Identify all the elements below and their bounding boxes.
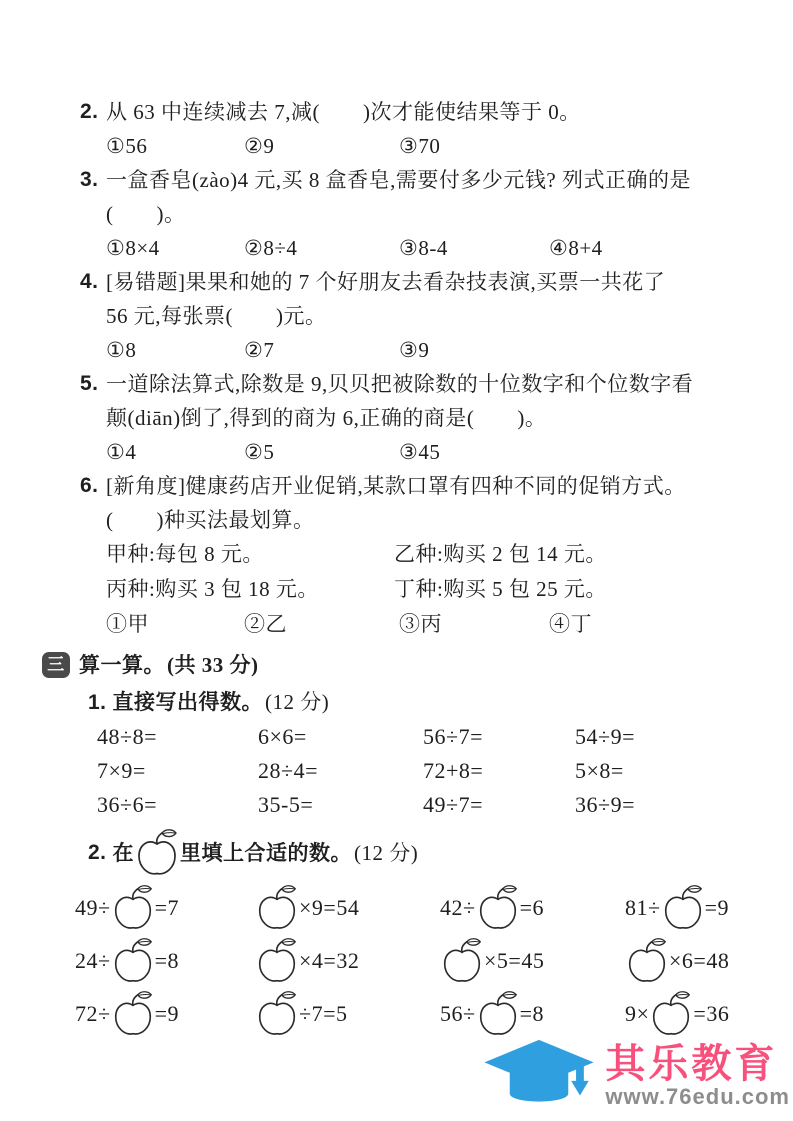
section-three-score: (共 33 分) [167,648,259,682]
option: ②乙 [244,607,399,641]
equation-pre: 72÷ [75,1001,111,1027]
question-2-options: ①56 ②9 ③70 [106,129,745,163]
fill-equation: ÷7=5 [255,987,440,1040]
fill-equation: 24÷=8 [75,934,255,987]
question-6-number: 6. [80,469,106,641]
option: ④丁 [549,607,745,641]
question-6-tag: [新角度] [106,474,186,498]
apple-icon [649,990,693,1038]
question-4-options: ①8 ②7 ③9 [106,333,745,367]
question-4-line1: 果果和她的 7 个好朋友去看杂技表演,买票一共花了 [186,270,666,294]
question-5: 5. 一道除法算式,除数是 9,贝贝把被除数的十位数字和个位数字看 颠(diān… [80,367,745,469]
apple-icon [255,990,299,1038]
question-3-options: ①8×4 ②8÷4 ③8-4 ④8+4 [106,231,745,265]
fill-equation: 56÷=8 [440,987,625,1040]
question-5-line2: 颠(diān)倒了,得到的商为 6,正确的商是( )。 [106,406,546,430]
question-3-number: 3. [80,163,106,265]
equation-pre: 49÷ [75,895,111,921]
apple-icon [111,990,155,1038]
worksheet-page: 2. 从 63 中连续减去 7,减( )次才能使结果等于 0。 ①56 ②9 ③… [0,0,793,1040]
option: ③9 [399,333,549,367]
fill-equation: 42÷=6 [440,881,625,934]
section-three-title: 算一算。 [79,648,165,682]
fill-equation: ×4=32 [255,934,440,987]
choice-questions: 2. 从 63 中连续减去 7,减( )次才能使结果等于 0。 ①56 ②9 ③… [80,95,745,641]
question-4-text2: 56 元,每张票( )元。 [106,299,745,333]
question-6-options: ①甲 ②乙 ③丙 ④丁 [106,607,745,641]
equation-pre: 81÷ [625,895,661,921]
question-4-tag: [易错题] [106,270,186,294]
question-5-line1: 一道除法算式,除数是 9,贝贝把被除数的十位数字和个位数字看 [106,372,693,396]
sub-question-2-title-before: 在 [113,836,135,870]
question-6-text2: ( )种买法最划算。 [106,503,745,537]
option: ①4 [106,435,244,469]
sub-question-2-title-after: 里填上合适的数。 [180,836,352,870]
sub-question-1-number: 1. [88,691,107,714]
calc-expression: 56÷7= [423,720,575,754]
question-2-body: 从 63 中连续减去 7,减( )次才能使结果等于 0。 ①56 ②9 ③70 [106,95,745,163]
question-3-body: 一盒香皂(zào)4 元,买 8 盒香皂,需要付多少元钱? 列式正确的是 ( )… [106,163,745,265]
option: ②8÷4 [244,231,399,265]
question-3-line2: ( )。 [106,202,186,226]
question-6-body: [新角度]健康药店开业促销,某款口罩有四种不同的促销方式。 ( )种买法最划算。… [106,469,745,641]
question-2: 2. 从 63 中连续减去 7,减( )次才能使结果等于 0。 ①56 ②9 ③… [80,95,745,163]
question-6-text: [新角度]健康药店开业促销,某款口罩有四种不同的促销方式。 [106,469,745,503]
apple-icon [476,884,520,932]
section-three-header: 三 算一算。 (共 33 分) [42,648,745,682]
promo-plan: 丁种:购买 5 包 25 元。 [394,572,745,607]
question-5-number: 5. [80,367,106,469]
question-6-line1: 健康药店开业促销,某款口罩有四种不同的促销方式。 [186,474,686,498]
question-6-line2: ( )种买法最划算。 [106,508,315,532]
option: ③45 [399,435,549,469]
equation-post: ×5=45 [484,948,544,974]
brand-url: www.76edu.com [605,1085,790,1109]
question-6: 6. [新角度]健康药店开业促销,某款口罩有四种不同的促销方式。 ( )种买法最… [80,469,745,641]
apple-icon [111,937,155,985]
apple-icon [255,884,299,932]
equation-post: =6 [520,895,544,921]
calc-expression: 6×6= [258,720,423,754]
question-2-line1: 从 63 中连续减去 7,减( )次才能使结果等于 0。 [106,100,581,124]
calc-expression: 28÷4= [258,754,423,788]
question-4-number: 4. [80,265,106,367]
question-4-text: [易错题]果果和她的 7 个好朋友去看杂技表演,买票一共花了 [106,265,745,299]
question-4-body: [易错题]果果和她的 7 个好朋友去看杂技表演,买票一共花了 56 元,每张票(… [106,265,745,367]
fill-equation: ×6=48 [625,934,745,987]
calc-expression: 36÷9= [575,788,745,822]
equation-post: =7 [155,895,179,921]
question-5-body: 一道除法算式,除数是 9,贝贝把被除数的十位数字和个位数字看 颠(diān)倒了… [106,367,745,469]
promo-plans-row1: 甲种:每包 8 元。 乙种:购买 2 包 14 元。 [106,537,745,572]
option: ③丙 [399,607,549,641]
option: ③70 [399,129,549,163]
apple-icon [440,937,484,985]
sub-question-2-score: (12 分) [354,836,418,870]
question-2-text: 从 63 中连续减去 7,减( )次才能使结果等于 0。 [106,95,745,129]
calc-expression: 54÷9= [575,720,745,754]
fill-equation: 72÷=9 [75,987,255,1040]
apple-icon [134,828,180,878]
brand-name: 其乐教育 [605,1043,790,1085]
equation-pre: 9× [625,1001,649,1027]
equation-post: ×9=54 [299,895,359,921]
question-3: 3. 一盒香皂(zào)4 元,买 8 盒香皂,需要付多少元钱? 列式正确的是 … [80,163,745,265]
option: ②5 [244,435,399,469]
promo-plan: 乙种:购买 2 包 14 元。 [394,537,745,572]
calc-expression: 36÷6= [97,788,258,822]
fill-equation: 81÷=9 [625,881,745,934]
calc-expression: 49÷7= [423,788,575,822]
graduation-cap-icon [479,1037,599,1115]
fill-equation: 49÷=7 [75,881,255,934]
fill-blank-grid: 49÷=7 ×9=54 42÷=6 81÷=9 24÷=8 ×4=32 ×5=4… [42,881,745,1040]
equation-post: ×4=32 [299,948,359,974]
question-3-text: 一盒香皂(zào)4 元,买 8 盒香皂,需要付多少元钱? 列式正确的是 [106,163,745,197]
watermark-text: 其乐教育 www.76edu.com [605,1043,790,1109]
option: ④8+4 [549,231,745,265]
equation-post: =9 [155,1001,179,1027]
option: ②7 [244,333,399,367]
equation-pre: 56÷ [440,1001,476,1027]
promo-plan: 丙种:购买 3 包 18 元。 [106,572,394,607]
option: ①8 [106,333,244,367]
apple-icon [625,937,669,985]
sub-question-1-title: 直接写出得数。 [113,690,264,714]
option: ①甲 [106,607,244,641]
promo-plan: 甲种:每包 8 元。 [106,537,394,572]
calc-expression: 35-5= [258,788,423,822]
equation-post: =8 [520,1001,544,1027]
fill-equation: ×5=45 [440,934,625,987]
option: ①56 [106,129,244,163]
question-5-text: 一道除法算式,除数是 9,贝贝把被除数的十位数字和个位数字看 [106,367,745,401]
option: ②9 [244,129,399,163]
apple-icon [111,884,155,932]
site-watermark: 其乐教育 www.76edu.com [479,1037,790,1115]
sub-question-2-number: 2. [88,836,107,870]
sub-question-1-score: (12 分) [265,690,329,714]
equation-post: ÷7=5 [299,1001,347,1027]
fill-equation: 9×=36 [625,987,745,1040]
question-5-options: ①4 ②5 ③45 [106,435,745,469]
option: ③8-4 [399,231,549,265]
promo-plans-row2: 丙种:购买 3 包 18 元。 丁种:购买 5 包 25 元。 [106,572,745,607]
question-2-number: 2. [80,95,106,163]
apple-icon [476,990,520,1038]
apple-icon [255,937,299,985]
fill-equation: ×9=54 [255,881,440,934]
option: ①8×4 [106,231,244,265]
sub-question-1-header: 1.直接写出得数。(12 分) [88,685,745,720]
section-three-badge: 三 [42,652,70,678]
question-3-line1: 一盒香皂(zào)4 元,买 8 盒香皂,需要付多少元钱? 列式正确的是 [106,168,691,192]
calc-expression: 5×8= [575,754,745,788]
equation-post: =9 [705,895,729,921]
question-3-text2: ( )。 [106,197,745,231]
equation-post: =36 [693,1001,729,1027]
sub-question-2-header: 2.在里填上合适的数。(12 分) [88,825,745,881]
question-4: 4. [易错题]果果和她的 7 个好朋友去看杂技表演,买票一共花了 56 元,每… [80,265,745,367]
question-5-text2: 颠(diān)倒了,得到的商为 6,正确的商是( )。 [106,401,745,435]
question-4-line2: 56 元,每张票( )元。 [106,304,327,328]
calc-expression: 7×9= [97,754,258,788]
equation-pre: 24÷ [75,948,111,974]
equation-pre: 42÷ [440,895,476,921]
mental-math-grid: 48÷8= 6×6= 56÷7= 54÷9= 7×9= 28÷4= 72+8= … [42,720,745,822]
apple-icon [661,884,705,932]
equation-post: ×6=48 [669,948,729,974]
calc-expression: 72+8= [423,754,575,788]
equation-post: =8 [155,948,179,974]
calc-expression: 48÷8= [97,720,258,754]
